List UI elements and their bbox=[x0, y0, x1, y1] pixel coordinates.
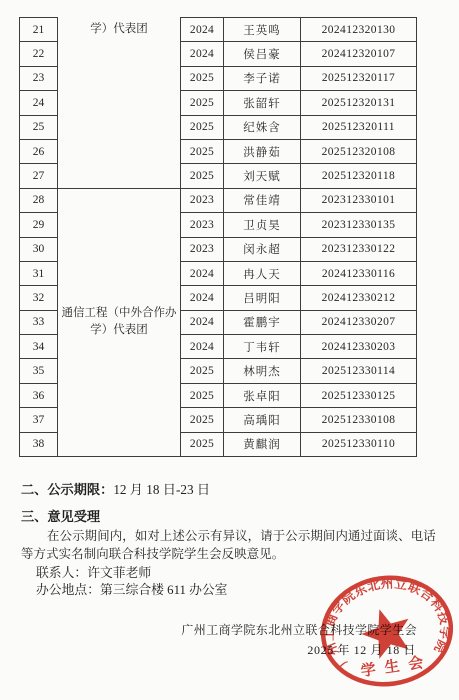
row-number-cell: 28 bbox=[20, 188, 58, 212]
deadline-heading: 二、公示期限： bbox=[21, 482, 113, 497]
student-id-cell: 202512320118 bbox=[301, 164, 417, 188]
row-number-cell: 22 bbox=[20, 42, 58, 66]
name-cell: 高瑀阳 bbox=[224, 408, 301, 432]
row-number-cell: 27 bbox=[20, 164, 58, 188]
name-cell: 王英鸣 bbox=[224, 18, 301, 42]
feedback-heading: 三、意见受理 bbox=[21, 506, 100, 525]
row-number-cell: 34 bbox=[20, 335, 58, 359]
name-cell: 闵永超 bbox=[224, 237, 301, 261]
name-cell: 冉人天 bbox=[224, 261, 301, 285]
student-id-cell: 202512320108 bbox=[301, 139, 417, 163]
row-number-cell: 31 bbox=[20, 261, 58, 285]
row-number-cell: 37 bbox=[20, 408, 58, 432]
row-number-cell: 25 bbox=[20, 115, 58, 139]
row-number-cell: 36 bbox=[20, 383, 58, 407]
name-cell: 黄麒润 bbox=[224, 432, 301, 456]
student-id-cell: 202512320111 bbox=[301, 115, 417, 139]
row-number-cell: 29 bbox=[20, 213, 58, 237]
name-cell: 李子诺 bbox=[224, 66, 301, 90]
name-cell: 侯吕豪 bbox=[224, 42, 301, 66]
scanned-notice-page: 21学）代表团2024王英鸣202412320130222024侯吕豪20241… bbox=[0, 0, 459, 700]
row-number-cell: 33 bbox=[20, 310, 58, 334]
student-id-cell: 202512330110 bbox=[301, 432, 417, 456]
name-cell: 常佳靖 bbox=[224, 188, 301, 212]
deadline-line: 二、公示期限：12 月 18 日-23 日 bbox=[21, 479, 210, 498]
signature-org-line: 广州工商学院东北州立联合科技学院学生会 bbox=[181, 621, 417, 638]
student-id-cell: 202412320130 bbox=[301, 18, 417, 42]
row-number-cell: 23 bbox=[20, 66, 58, 90]
name-cell: 张韶轩 bbox=[224, 91, 301, 115]
row-number-cell: 38 bbox=[20, 432, 58, 456]
row-number-cell: 21 bbox=[20, 18, 58, 42]
year-cell: 2024 bbox=[181, 310, 224, 334]
year-cell: 2025 bbox=[181, 115, 224, 139]
year-cell: 2024 bbox=[181, 286, 224, 310]
student-id-cell: 202412330212 bbox=[301, 286, 417, 310]
roster-table-body: 21学）代表团2024王英鸣202412320130222024侯吕豪20241… bbox=[20, 18, 417, 457]
year-cell: 2025 bbox=[181, 383, 224, 407]
name-cell: 纪姝含 bbox=[224, 115, 301, 139]
deadline-value: 12 月 18 日-23 日 bbox=[113, 482, 210, 497]
student-id-cell: 202412320107 bbox=[301, 42, 417, 66]
student-id-cell: 202412330116 bbox=[301, 261, 417, 285]
name-cell: 丁韦轩 bbox=[224, 335, 301, 359]
student-id-cell: 202312330122 bbox=[301, 237, 417, 261]
name-cell: 卫贞昊 bbox=[224, 213, 301, 237]
name-cell: 林明杰 bbox=[224, 359, 301, 383]
year-cell: 2025 bbox=[181, 432, 224, 456]
row-number-cell: 35 bbox=[20, 359, 58, 383]
year-cell: 2025 bbox=[181, 139, 224, 163]
feedback-paragraph: 在公示期间内，如对上述公示有异议，请于公示期间内通过面谈、电话等方式实名制向联合… bbox=[21, 528, 448, 563]
student-id-cell: 202312330101 bbox=[301, 188, 417, 212]
year-cell: 2024 bbox=[181, 261, 224, 285]
table-row: 28通信工程（中外合作办学）代表团2023常佳靖202312330101 bbox=[20, 188, 417, 212]
year-cell: 2025 bbox=[181, 91, 224, 115]
student-id-cell: 202512330125 bbox=[301, 383, 417, 407]
row-number-cell: 24 bbox=[20, 91, 58, 115]
table-row: 21学）代表团2024王英鸣202412320130 bbox=[20, 18, 417, 42]
signature-date-line: 2025 年 12 月 18 日 bbox=[307, 641, 416, 658]
year-cell: 2023 bbox=[181, 213, 224, 237]
name-cell: 吕明阳 bbox=[224, 286, 301, 310]
office-line: 办公地点：第三综合楼 611 办公室 bbox=[36, 579, 227, 598]
year-cell: 2024 bbox=[181, 42, 224, 66]
row-number-cell: 26 bbox=[20, 139, 58, 163]
name-cell: 刘天赋 bbox=[224, 164, 301, 188]
name-cell: 张卓阳 bbox=[224, 383, 301, 407]
group-label-cell: 学）代表团 bbox=[58, 18, 181, 189]
student-id-cell: 202512330108 bbox=[301, 408, 417, 432]
year-cell: 2023 bbox=[181, 188, 224, 212]
year-cell: 2023 bbox=[181, 237, 224, 261]
year-cell: 2025 bbox=[181, 66, 224, 90]
name-cell: 洪静茹 bbox=[224, 139, 301, 163]
row-number-cell: 30 bbox=[20, 237, 58, 261]
student-id-cell: 202412330207 bbox=[301, 310, 417, 334]
year-cell: 2025 bbox=[181, 164, 224, 188]
name-cell: 霍鹏宇 bbox=[224, 310, 301, 334]
row-number-cell: 32 bbox=[20, 286, 58, 310]
roster-table: 21学）代表团2024王英鸣202412320130222024侯吕豪20241… bbox=[19, 17, 417, 457]
student-id-cell: 202312330135 bbox=[301, 213, 417, 237]
student-id-cell: 202512320131 bbox=[301, 91, 417, 115]
year-cell: 2024 bbox=[181, 18, 224, 42]
student-id-cell: 202512320117 bbox=[301, 66, 417, 90]
year-cell: 2024 bbox=[181, 335, 224, 359]
group-label-cell: 通信工程（中外合作办学）代表团 bbox=[58, 188, 181, 456]
year-cell: 2025 bbox=[181, 408, 224, 432]
student-id-cell: 202412330203 bbox=[301, 335, 417, 359]
year-cell: 2025 bbox=[181, 359, 224, 383]
student-id-cell: 202512330114 bbox=[301, 359, 417, 383]
